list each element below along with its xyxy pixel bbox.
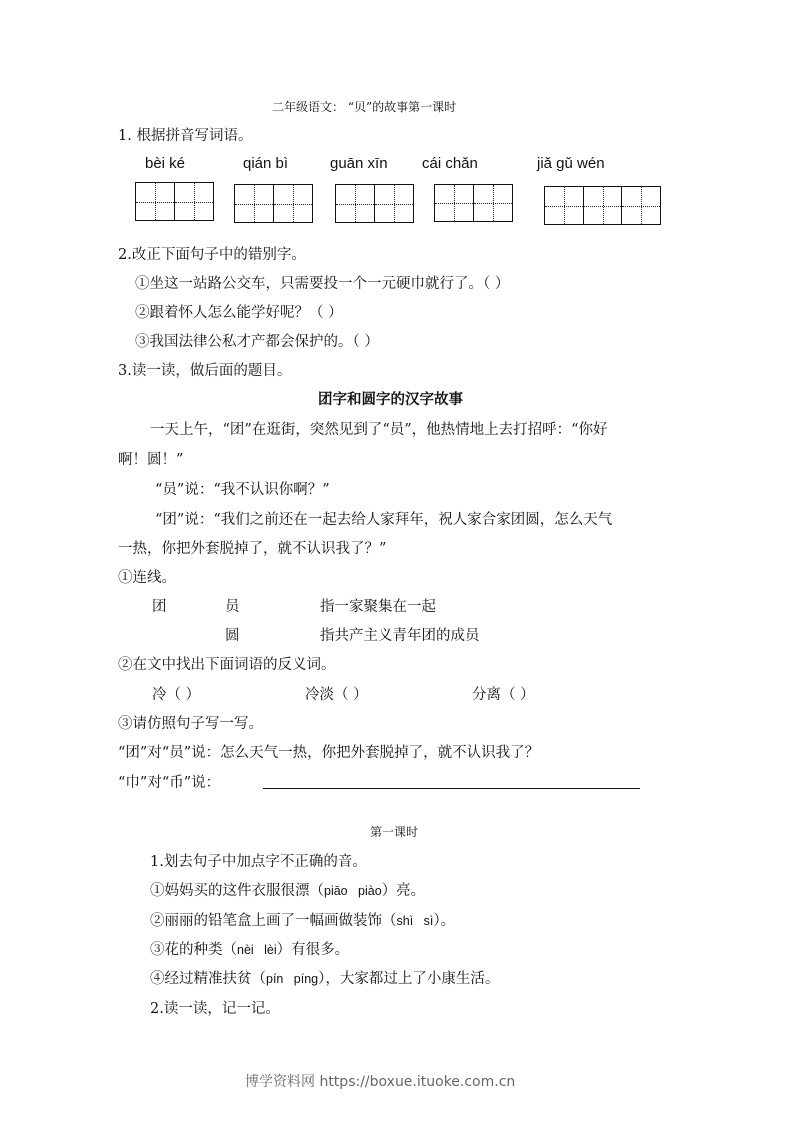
grid-cell[interactable] xyxy=(375,185,413,222)
match-middle-1[interactable]: 员 xyxy=(225,595,240,616)
section2-title: 第一课时 xyxy=(370,823,418,840)
sub3-task: “巾”对“币”说： xyxy=(118,771,220,792)
grid-cell[interactable] xyxy=(136,183,175,220)
grid-cell[interactable] xyxy=(235,185,274,222)
pinyin-4: cái chǎn xyxy=(422,155,478,172)
q2-item-3: ③我国法律公私才产都会保护的。（ ） xyxy=(135,330,379,351)
match-middle-2[interactable]: 圆 xyxy=(225,624,240,645)
sub1-prompt: ①连线。 xyxy=(118,566,176,587)
match-left-1[interactable]: 团 xyxy=(152,595,167,616)
writing-grid-3[interactable] xyxy=(335,184,414,223)
writing-grid-4[interactable] xyxy=(434,184,513,222)
pinyin-3: guān xīn xyxy=(330,155,388,172)
item-text-post: ），大家都过上了小康生活。 xyxy=(318,971,499,987)
pinyin-options[interactable]: pín píng xyxy=(266,972,318,986)
pinyin-options[interactable]: piāo piào xyxy=(324,884,382,898)
match-right-2[interactable]: 指共产主义青年团的成员 xyxy=(320,624,480,645)
pinyin-options[interactable]: shì sì xyxy=(397,914,434,928)
story-paragraph-3: “团”说：“我们之前还在一起去给人家拜年，祝人家合家团圆，怎么天气 xyxy=(155,508,612,529)
document-title: 二年级语文： “贝”的故事第一课时 xyxy=(272,98,456,115)
item-text-post: ）亮。 xyxy=(382,883,426,899)
sub3-prompt: ③请仿照句子写一写。 xyxy=(118,712,263,733)
writing-grid-5[interactable] xyxy=(544,186,661,225)
q3-prompt: 3.读一读，做后面的题目。 xyxy=(118,359,291,380)
grid-cell[interactable] xyxy=(175,183,213,220)
s2-q1-item-4: ④经过精准扶贫（pín píng），大家都过上了小康生活。 xyxy=(150,967,499,988)
grid-cell[interactable] xyxy=(622,187,660,224)
antonym-item-2[interactable]: 冷淡（ ） xyxy=(305,683,368,704)
antonym-item-3[interactable]: 分离（ ） xyxy=(472,683,535,704)
pinyin-1: bèi ké xyxy=(145,155,185,172)
item-text-post: ）。 xyxy=(433,913,455,929)
item-text-pre: ④经过精准扶贫（ xyxy=(150,971,266,987)
item-text-pre: ③花的种类（ xyxy=(150,942,237,958)
story-paragraph-2: “员”说：“我不认识你啊？” xyxy=(155,478,330,499)
grid-cell[interactable] xyxy=(274,185,312,222)
answer-line[interactable] xyxy=(263,788,640,789)
sub2-prompt: ②在文中找出下面词语的反义词。 xyxy=(118,653,336,674)
grid-cell[interactable] xyxy=(474,185,512,221)
item-text-post: ）有很多。 xyxy=(277,942,350,958)
story-paragraph-1: 一天上午，“团”在逛街，突然见到了“员”，他热情地上去打招呼：“你好 xyxy=(150,418,608,439)
s2-q1-prompt: 1.划去句子中加点字不正确的音。 xyxy=(150,850,367,871)
antonym-item-1[interactable]: 冷（ ） xyxy=(152,683,200,704)
s2-q1-item-1: ①妈妈买的这件衣服很漂（piāo piào）亮。 xyxy=(150,879,425,900)
grid-cell[interactable] xyxy=(336,185,375,222)
pinyin-5: jiǎ gǔ wén xyxy=(537,155,605,172)
footer-watermark: 博学资料网 https://boxue.ituoke.com.cn xyxy=(245,1071,515,1091)
q2-item-1: ①坐这一站路公交车，只需要投一个一元硬巾就行了。（ ） xyxy=(135,272,509,293)
story-paragraph-1-cont: 啊！圆！” xyxy=(118,448,183,469)
s2-q1-item-3: ③花的种类（nèi lèi）有很多。 xyxy=(150,938,349,959)
q2-prompt: 2.改正下面句子中的错别字。 xyxy=(118,243,306,264)
story-paragraph-3-cont: 一热，你把外套脱掉了，就不认识我了？” xyxy=(118,537,386,558)
writing-grid-1[interactable] xyxy=(135,182,214,221)
grid-cell[interactable] xyxy=(435,185,474,221)
grid-cell[interactable] xyxy=(545,187,584,224)
item-text-pre: ②丽丽的铅笔盒上画了一幅画做装饰（ xyxy=(150,913,397,929)
pinyin-2: qián bì xyxy=(243,155,288,172)
item-text-pre: ①妈妈买的这件衣服很漂（ xyxy=(150,883,324,899)
writing-grid-2[interactable] xyxy=(234,184,313,223)
s2-q1-item-2: ②丽丽的铅笔盒上画了一幅画做装饰（shì sì）。 xyxy=(150,909,455,930)
pinyin-options[interactable]: nèi lèi xyxy=(237,943,277,957)
q2-item-2: ②跟着怀人怎么能学好呢？（ ） xyxy=(135,301,343,322)
grid-cell[interactable] xyxy=(584,187,623,224)
s2-q2-prompt: 2.读一读，记一记。 xyxy=(150,997,280,1018)
sub3-example: “团”对“员”说：怎么天气一热，你把外套脱掉了，就不认识我了？ xyxy=(118,741,539,762)
match-right-1[interactable]: 指一家聚集在一起 xyxy=(320,595,436,616)
story-title: 团字和圆字的汉字故事 xyxy=(318,388,463,409)
q1-prompt: 1. 根据拼音写词语。 xyxy=(118,124,252,145)
